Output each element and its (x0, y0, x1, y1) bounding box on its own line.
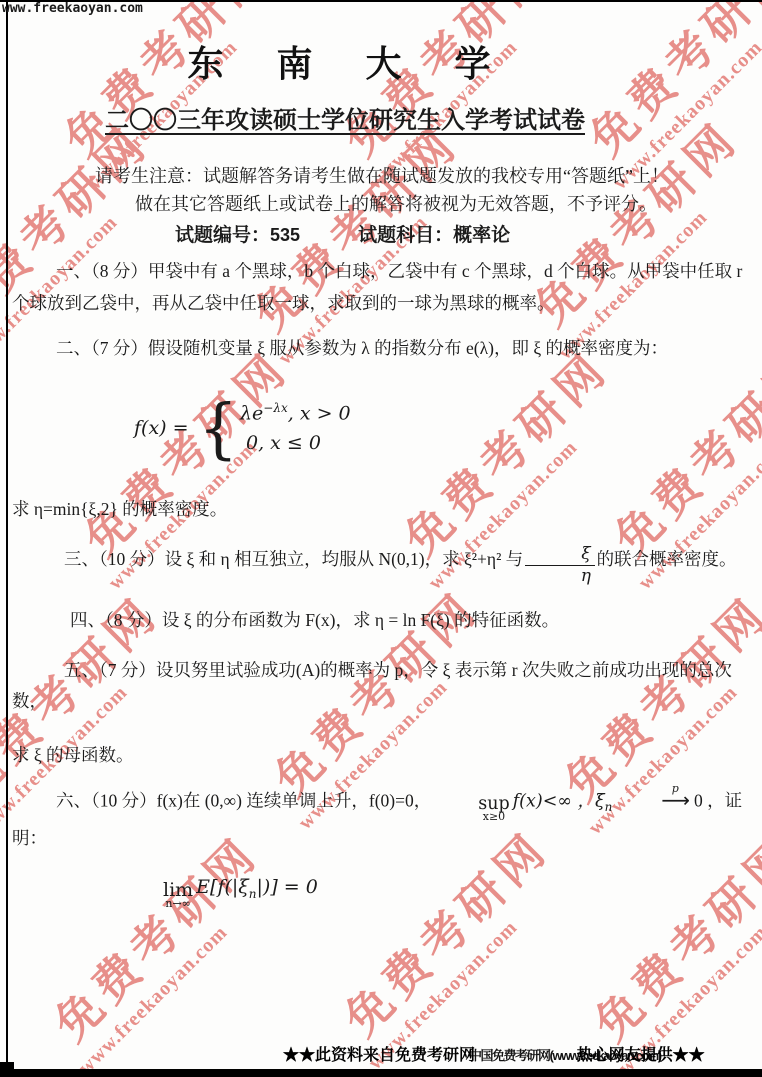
footer-credit: ★★此资料来自免费考研网中国免费考研网(www.freekaoyan.com)热… (283, 1042, 705, 1065)
question-4: 四、（8 分）设 ξ 的分布函数为 F(x)，求 η = ln F(ξ) 的特征… (12, 605, 748, 637)
formula-case-1: λe−λx, x > 0 (240, 399, 351, 429)
sup-operator: supx≥0 (431, 796, 512, 823)
question-3-text-end: 的联合概率密度。 (597, 549, 737, 569)
fraction-xi-over-eta: ξη (523, 545, 596, 585)
notice-line-2: 做在其它答题纸上或试卷上的解答将被视为无效答题，不予评分。 (95, 191, 669, 219)
xi-subscript: n (605, 801, 613, 815)
arrow-glyph: ⟶ (617, 793, 689, 807)
question-6: 六、（10 分）f(x)在 (0,∞) 连续单调上升，f(0)=0，supx≥0… (12, 785, 748, 854)
notice-block: 请考生注意：试题解答务请考生做在随试题发放的我校专用“答题纸”上！ 做在其它答题… (95, 163, 669, 250)
lim-condition: n→∞ (163, 899, 193, 909)
page-title: 东 南 大 学 (0, 36, 700, 87)
limit-xi-subscript: n (249, 887, 257, 901)
question-3-text: 三、（10 分）设 ξ 和 η 相互独立，均服从 N(0,1)，求 ξ²+η² … (64, 549, 523, 569)
lim-operator: limn→∞ (160, 881, 196, 909)
watermark: 免费考研网www.freekaoyan.com (327, 0, 577, 185)
exam-number-label: 试题编号： (175, 225, 270, 246)
questions-body: 一、（8 分）甲袋中有 a 个黑球，b 个白球，乙袋中有 c 个黑球，d 个白球… (12, 256, 748, 910)
watermark: 免费考研网www.freekaoyan.com (47, 0, 297, 185)
formula-lhs: f(x) = (134, 411, 189, 445)
question-2-tail: 求 η=min{ξ,2} 的概率密度。 (12, 494, 748, 526)
top-left-url: www.freekaoyan.com (2, 1, 143, 16)
question-5: 五、（7 分）设贝努里试验成功(A)的概率为 p，令 ξ 表示第 r 次失败之前… (12, 655, 748, 718)
page-subtitle: 二〇〇三年攻读硕士学位研究生入学考试试卷 (0, 100, 690, 135)
scan-bottom-edge (0, 1069, 762, 1077)
case1-base: λe (240, 402, 263, 424)
case1-exponent: −λx (263, 401, 287, 415)
question-2-intro: 二、（7 分）假设随机变量 ξ 服从参数为 λ 的指数分布 e(λ)，即 ξ 的… (12, 333, 748, 365)
question-5-tail: 求 ξ 的母函数。 (12, 740, 748, 772)
sup-condition: x≥0 (434, 812, 509, 822)
page-subtitle-text: 二〇〇三年攻读硕士学位研究生入学考试试卷 (105, 108, 585, 134)
notice-line-3: 试题编号：535试题科目：概率论 (95, 221, 669, 250)
formula-cases: λe−λx, x > 0 0, x ≤ 0 (240, 399, 351, 457)
formula-case-2: 0, x ≤ 0 (240, 429, 351, 458)
curly-brace: { (199, 370, 238, 487)
footer-credit-left: ★★此资料来自免费考研网 (283, 1047, 475, 1064)
limit-body: E[f(|ξ (196, 876, 249, 898)
notice-line-1: 请考生注意：试题解答务请考生做在随试题发放的我校专用“答题纸”上！ (95, 163, 669, 191)
q6-limit-formula: limn→∞E[f(|ξn|)] = 0 (160, 870, 748, 910)
exam-subject-label: 试题科目： (358, 225, 453, 246)
question-3: 三、（10 分）设 ξ 和 η 相互独立，均服从 N(0,1)，求 ξ²+η² … (12, 544, 748, 586)
watermark: 免费考研网www.freekaoyan.com (572, 0, 762, 185)
fraction-denominator: η (525, 566, 594, 586)
exam-number-value: 535 (270, 225, 300, 245)
exam-subject-value: 概率论 (453, 225, 510, 246)
convergence-arrow: p⟶ (612, 785, 694, 807)
q2-density-formula: f(x) = { λe−λx, x > 0 0, x ≤ 0 (134, 373, 748, 485)
scanned-exam-page: 免费考研网www.freekaoyan.com免费考研网www.freekaoy… (0, 0, 762, 1077)
case1-condition: , x > 0 (288, 402, 351, 424)
scan-left-edge (6, 0, 8, 1077)
fraction-numerator: ξ (525, 545, 594, 566)
footer-credit-overlap: 中国免费考研网(www.freekaoyan.com) (469, 1048, 661, 1063)
question-6-mid: f(x)<∞ ，ξ (513, 792, 605, 812)
question-6-text: 六、（10 分）f(x)在 (0,∞) 连续单调上升，f(0)=0， (56, 791, 431, 811)
scan-corner-artifact (0, 1062, 14, 1077)
limit-body-end: |)] = 0 (257, 876, 318, 898)
question-1: 一、（8 分）甲袋中有 a 个黑球，b 个白球，乙袋中有 c 个黑球，d 个白球… (12, 256, 748, 319)
